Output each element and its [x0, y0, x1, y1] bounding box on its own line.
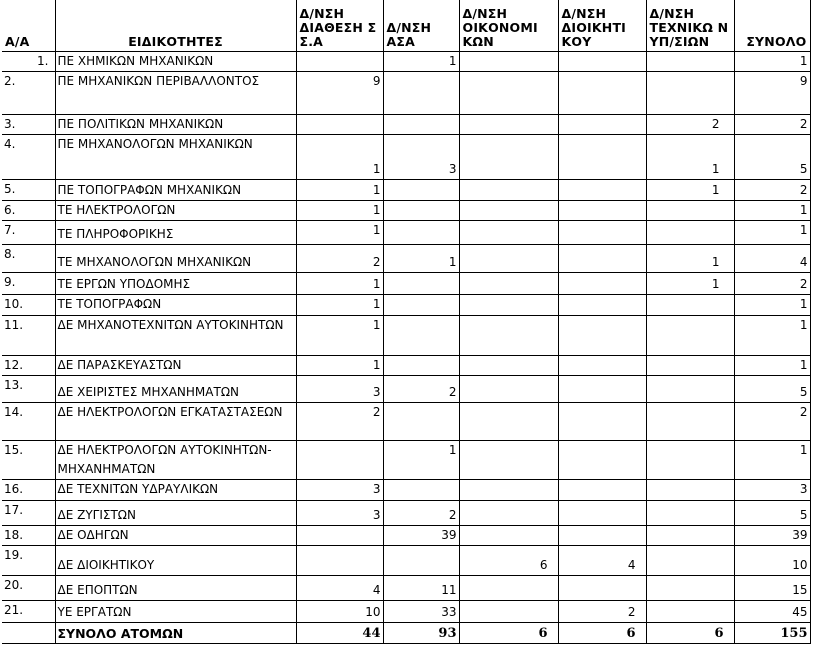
- header-col4: Δ/ΝΣΗ ΔΙΟΙΚΗΤΙ ΚΟΥ: [558, 0, 646, 51]
- totals-col5: 6: [646, 622, 734, 643]
- cell-c1: 3: [296, 479, 383, 500]
- specialty-name: ΤΕ ΗΛΕΚΤΡΟΛΟΓΩΝ: [55, 200, 296, 220]
- cell-c4: [558, 525, 646, 545]
- cell-c2: [383, 220, 459, 244]
- specialty-name: ΔΕ ΖΥΓΙΣΤΩΝ: [55, 500, 296, 525]
- specialty-name: ΔΕ ΧΕΙΡΙΣΤΕΣ ΜΗΧΑΝΗΜΑΤΩΝ: [55, 375, 296, 402]
- table-row: 12.ΔΕ ΠΑΡΑΣΚΕΥΑΣΤΩΝ11: [2, 355, 810, 375]
- specialty-name: ΤΕ ΕΡΓΩΝ ΥΠΟΔΟΜΗΣ: [55, 272, 296, 294]
- cell-c5: [646, 440, 734, 479]
- cell-c3: [459, 525, 558, 545]
- cell-c5: [646, 600, 734, 622]
- table-row: 18.ΔΕ ΟΔΗΓΩΝ3939: [2, 525, 810, 545]
- cell-c2: 1: [383, 440, 459, 479]
- cell-c1: 1: [296, 134, 383, 179]
- cell-c3: [459, 134, 558, 179]
- specialty-name: ΔΕ ΠΑΡΑΣΚΕΥΑΣΤΩΝ: [55, 355, 296, 375]
- cell-c3: [459, 355, 558, 375]
- cell-total: 39: [734, 525, 810, 545]
- cell-c1: 9: [296, 71, 383, 114]
- cell-c5: [646, 545, 734, 575]
- row-number: 20.: [2, 575, 55, 600]
- cell-c5: [646, 51, 734, 71]
- cell-c1: 1: [296, 315, 383, 355]
- table-row: 5.ΠΕ ΤΟΠΟΓΡΑΦΩΝ ΜΗΧΑΝΙΚΩΝ112: [2, 179, 810, 200]
- cell-total: 10: [734, 545, 810, 575]
- specialty-name: ΔΕ ΕΠΟΠΤΩΝ: [55, 575, 296, 600]
- specialty-name: ΤΕ ΜΗΧΑΝΟΛΟΓΩΝ ΜΗΧΑΝΙΚΩΝ: [55, 244, 296, 272]
- staffing-table: Α/Α ΕΙΔΙΚΟΤΗΤΕΣ Δ/ΝΣΗ ΔΙΑΘΕΣΗ Σ Σ.Α Δ/ΝΣ…: [2, 0, 811, 644]
- cell-c2: [383, 71, 459, 114]
- specialty-name: ΔΕ ΗΛΕΚΤΡΟΛΟΓΩΝ ΕΓΚΑΤΑΣΤΑΣΕΩΝ: [55, 402, 296, 440]
- cell-c5: [646, 220, 734, 244]
- cell-c1: 10: [296, 600, 383, 622]
- cell-c1: 3: [296, 375, 383, 402]
- cell-c3: [459, 71, 558, 114]
- cell-c4: [558, 71, 646, 114]
- table-row: 9.ΤΕ ΕΡΓΩΝ ΥΠΟΔΟΜΗΣ112: [2, 272, 810, 294]
- cell-c3: [459, 600, 558, 622]
- cell-c4: [558, 440, 646, 479]
- cell-c4: [558, 114, 646, 134]
- cell-c5: 1: [646, 134, 734, 179]
- cell-total: 2: [734, 114, 810, 134]
- row-number: 7.: [2, 220, 55, 244]
- cell-total: 2: [734, 272, 810, 294]
- cell-c3: [459, 375, 558, 402]
- row-number: 13.: [2, 375, 55, 402]
- header-col1: Δ/ΝΣΗ ΔΙΑΘΕΣΗ Σ Σ.Α: [296, 0, 383, 51]
- specialty-name: ΤΕ ΤΟΠΟΓΡΑΦΩΝ: [55, 294, 296, 315]
- row-number: 2.: [2, 71, 55, 114]
- header-aa: Α/Α: [2, 0, 55, 51]
- cell-c4: [558, 402, 646, 440]
- cell-c2: 2: [383, 375, 459, 402]
- cell-c2: [383, 294, 459, 315]
- cell-total: 3: [734, 479, 810, 500]
- specialty-name: ΠΕ ΧΗΜΙΚΩΝ ΜΗΧΑΝΙΚΩΝ: [55, 51, 296, 71]
- cell-total: 1: [734, 220, 810, 244]
- cell-c5: 1: [646, 179, 734, 200]
- cell-c1: 3: [296, 500, 383, 525]
- table-row: 21.ΥΕ ΕΡΓΑΤΩΝ1033245: [2, 600, 810, 622]
- cell-c4: [558, 294, 646, 315]
- table-row: 20.ΔΕ ΕΠΟΠΤΩΝ41115: [2, 575, 810, 600]
- totals-label: ΣΥΝΟΛΟ ΑΤΟΜΩΝ: [55, 622, 296, 643]
- cell-c2: [383, 179, 459, 200]
- cell-total: 1: [734, 440, 810, 479]
- cell-c2: [383, 114, 459, 134]
- totals-col3: 6: [459, 622, 558, 643]
- cell-c5: [646, 479, 734, 500]
- cell-c1: 1: [296, 200, 383, 220]
- cell-c1: [296, 545, 383, 575]
- cell-c2: 3: [383, 134, 459, 179]
- table-row: 2.ΠΕ ΜΗΧΑΝΙΚΩΝ ΠΕΡΙΒΑΛΛΟΝΤΟΣ99: [2, 71, 810, 114]
- cell-c1: 1: [296, 294, 383, 315]
- cell-c4: [558, 500, 646, 525]
- cell-c2: [383, 355, 459, 375]
- header-col3: Δ/ΝΣΗ ΟΙΚΟΝΟΜΙ ΚΩΝ: [459, 0, 558, 51]
- cell-c1: 1: [296, 355, 383, 375]
- cell-c3: [459, 479, 558, 500]
- cell-total: 1: [734, 200, 810, 220]
- specialty-name: ΥΕ ΕΡΓΑΤΩΝ: [55, 600, 296, 622]
- header-col5: Δ/ΝΣΗ ΤΕΧΝΙΚΩ Ν ΥΠ/ΣΙΩΝ: [646, 0, 734, 51]
- specialty-name: ΠΕ ΤΟΠΟΓΡΑΦΩΝ ΜΗΧΑΝΙΚΩΝ: [55, 179, 296, 200]
- totals-total: 155: [734, 622, 810, 643]
- cell-c4: [558, 479, 646, 500]
- cell-c4: [558, 375, 646, 402]
- cell-c3: [459, 500, 558, 525]
- cell-c5: [646, 294, 734, 315]
- cell-c1: [296, 51, 383, 71]
- cell-c2: 39: [383, 525, 459, 545]
- row-number: 9.: [2, 272, 55, 294]
- row-number: 3.: [2, 114, 55, 134]
- cell-c5: [646, 500, 734, 525]
- table-row: 14.ΔΕ ΗΛΕΚΤΡΟΛΟΓΩΝ ΕΓΚΑΤΑΣΤΑΣΕΩΝ22: [2, 402, 810, 440]
- cell-c2: [383, 402, 459, 440]
- row-number: 6.: [2, 200, 55, 220]
- cell-c2: 11: [383, 575, 459, 600]
- cell-c5: [646, 71, 734, 114]
- cell-c3: [459, 200, 558, 220]
- cell-c1: 2: [296, 402, 383, 440]
- header-col2: Δ/ΝΣΗ ΑΣΑ: [383, 0, 459, 51]
- specialty-name: ΔΕ ΜΗΧΑΝΟΤΕΧΝΙΤΩΝ ΑΥΤΟΚΙΝΗΤΩΝ: [55, 315, 296, 355]
- cell-c2: [383, 545, 459, 575]
- cell-c1: 1: [296, 179, 383, 200]
- row-number: 14.: [2, 402, 55, 440]
- table-row: 13.ΔΕ ΧΕΙΡΙΣΤΕΣ ΜΗΧΑΝΗΜΑΤΩΝ325: [2, 375, 810, 402]
- cell-c4: [558, 355, 646, 375]
- specialty-name: ΠΕ ΜΗΧΑΝΙΚΩΝ ΠΕΡΙΒΑΛΛΟΝΤΟΣ: [55, 71, 296, 114]
- cell-c3: [459, 179, 558, 200]
- specialty-name: ΔΕ ΗΛΕΚΤΡΟΛΟΓΩΝ ΑΥΤΟΚΙΝΗΤΩΝ-ΜΗΧΑΝΗΜΑΤΩΝ: [55, 440, 296, 479]
- table-row: 3.ΠΕ ΠΟΛΙΤΙΚΩΝ ΜΗΧΑΝΙΚΩΝ22: [2, 114, 810, 134]
- cell-c5: [646, 402, 734, 440]
- cell-total: 5: [734, 375, 810, 402]
- cell-c3: [459, 114, 558, 134]
- row-number: 21.: [2, 600, 55, 622]
- cell-c4: [558, 220, 646, 244]
- row-number: 15.: [2, 440, 55, 479]
- cell-c3: [459, 575, 558, 600]
- cell-c1: 4: [296, 575, 383, 600]
- cell-c4: [558, 272, 646, 294]
- row-number: 12.: [2, 355, 55, 375]
- cell-total: 2: [734, 402, 810, 440]
- cell-c5: [646, 315, 734, 355]
- table-row: 1.ΠΕ ΧΗΜΙΚΩΝ ΜΗΧΑΝΙΚΩΝ11: [2, 51, 810, 71]
- specialty-name: ΤΕ ΠΛΗΡΟΦΟΡΙΚΗΣ: [55, 220, 296, 244]
- cell-c3: [459, 294, 558, 315]
- cell-total: 45: [734, 600, 810, 622]
- cell-c1: [296, 440, 383, 479]
- row-number: 11.: [2, 315, 55, 355]
- cell-c4: [558, 575, 646, 600]
- cell-c2: [383, 200, 459, 220]
- cell-c1: 1: [296, 220, 383, 244]
- cell-c2: 1: [383, 51, 459, 71]
- table-row: 10.ΤΕ ΤΟΠΟΓΡΑΦΩΝ11: [2, 294, 810, 315]
- specialty-name: ΔΕ ΟΔΗΓΩΝ: [55, 525, 296, 545]
- cell-total: 4: [734, 244, 810, 272]
- cell-c3: [459, 244, 558, 272]
- cell-c2: [383, 479, 459, 500]
- cell-c1: 2: [296, 244, 383, 272]
- table-row: 8.ΤΕ ΜΗΧΑΝΟΛΟΓΩΝ ΜΗΧΑΝΙΚΩΝ2114: [2, 244, 810, 272]
- specialty-name: ΠΕ ΠΟΛΙΤΙΚΩΝ ΜΗΧΑΝΙΚΩΝ: [55, 114, 296, 134]
- row-number: 16.: [2, 479, 55, 500]
- cell-c2: 1: [383, 244, 459, 272]
- table-row: 19.ΔΕ ΔΙΟΙΚΗΤΙΚΟΥ6410: [2, 545, 810, 575]
- cell-c2: [383, 315, 459, 355]
- cell-c4: 2: [558, 600, 646, 622]
- cell-c3: [459, 440, 558, 479]
- cell-c4: [558, 179, 646, 200]
- row-number: 1.: [2, 51, 55, 71]
- cell-total: 1: [734, 315, 810, 355]
- cell-c3: [459, 51, 558, 71]
- row-number: 17.: [2, 500, 55, 525]
- cell-total: 1: [734, 355, 810, 375]
- cell-c3: [459, 315, 558, 355]
- row-number: 8.: [2, 244, 55, 272]
- cell-c5: [646, 525, 734, 545]
- cell-c4: [558, 315, 646, 355]
- table-row: 15.ΔΕ ΗΛΕΚΤΡΟΛΟΓΩΝ ΑΥΤΟΚΙΝΗΤΩΝ-ΜΗΧΑΝΗΜΑΤ…: [2, 440, 810, 479]
- totals-col1: 44: [296, 622, 383, 643]
- header-total: ΣΥΝΟΛΟ: [734, 0, 810, 51]
- specialty-name: ΠΕ ΜΗΧΑΝΟΛΟΓΩΝ ΜΗΧΑΝΙΚΩΝ: [55, 134, 296, 179]
- cell-c5: [646, 355, 734, 375]
- row-number: 5.: [2, 179, 55, 200]
- cell-c2: [383, 272, 459, 294]
- cell-c3: 6: [459, 545, 558, 575]
- table-row: 4.ΠΕ ΜΗΧΑΝΟΛΟΓΩΝ ΜΗΧΑΝΙΚΩΝ1315: [2, 134, 810, 179]
- cell-c5: [646, 375, 734, 402]
- totals-row: ΣΥΝΟΛΟ ΑΤΟΜΩΝ 44 93 6 6 6 155: [2, 622, 810, 643]
- cell-c3: [459, 220, 558, 244]
- cell-c5: 1: [646, 272, 734, 294]
- cell-total: 9: [734, 71, 810, 114]
- cell-c2: 33: [383, 600, 459, 622]
- cell-c1: [296, 525, 383, 545]
- cell-total: 2: [734, 179, 810, 200]
- cell-c3: [459, 402, 558, 440]
- cell-c1: [296, 114, 383, 134]
- cell-c4: [558, 134, 646, 179]
- specialty-name: ΔΕ ΔΙΟΙΚΗΤΙΚΟΥ: [55, 545, 296, 575]
- totals-aa: [2, 622, 55, 643]
- cell-c5: 2: [646, 114, 734, 134]
- cell-total: 5: [734, 134, 810, 179]
- totals-col2: 93: [383, 622, 459, 643]
- row-number: 19.: [2, 545, 55, 575]
- specialty-name: ΔΕ ΤΕΧΝΙΤΩΝ ΥΔΡΑΥΛΙΚΩΝ: [55, 479, 296, 500]
- cell-c4: 4: [558, 545, 646, 575]
- cell-c5: 1: [646, 244, 734, 272]
- cell-total: 1: [734, 51, 810, 71]
- cell-c2: 2: [383, 500, 459, 525]
- cell-c4: [558, 200, 646, 220]
- row-number: 18.: [2, 525, 55, 545]
- table-row: 17.ΔΕ ΖΥΓΙΣΤΩΝ325: [2, 500, 810, 525]
- table-row: 6.ΤΕ ΗΛΕΚΤΡΟΛΟΓΩΝ11: [2, 200, 810, 220]
- row-number: 10.: [2, 294, 55, 315]
- cell-c4: [558, 244, 646, 272]
- header-row: Α/Α ΕΙΔΙΚΟΤΗΤΕΣ Δ/ΝΣΗ ΔΙΑΘΕΣΗ Σ Σ.Α Δ/ΝΣ…: [2, 0, 810, 51]
- table-row: 7.ΤΕ ΠΛΗΡΟΦΟΡΙΚΗΣ11: [2, 220, 810, 244]
- header-specialty: ΕΙΔΙΚΟΤΗΤΕΣ: [55, 0, 296, 51]
- cell-total: 5: [734, 500, 810, 525]
- cell-total: 1: [734, 294, 810, 315]
- cell-c5: [646, 575, 734, 600]
- table-row: 16.ΔΕ ΤΕΧΝΙΤΩΝ ΥΔΡΑΥΛΙΚΩΝ33: [2, 479, 810, 500]
- cell-c3: [459, 272, 558, 294]
- totals-col4: 6: [558, 622, 646, 643]
- cell-c5: [646, 200, 734, 220]
- row-number: 4.: [2, 134, 55, 179]
- cell-total: 15: [734, 575, 810, 600]
- table-row: 11.ΔΕ ΜΗΧΑΝΟΤΕΧΝΙΤΩΝ ΑΥΤΟΚΙΝΗΤΩΝ11: [2, 315, 810, 355]
- cell-c1: 1: [296, 272, 383, 294]
- cell-c4: [558, 51, 646, 71]
